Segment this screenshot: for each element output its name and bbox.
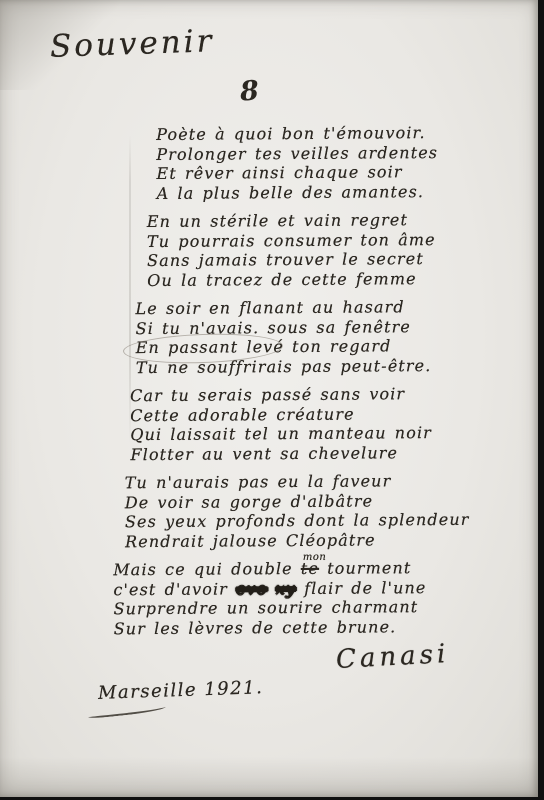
- inserted-word: mon: [303, 548, 327, 568]
- scribbled-out-word: evo: [236, 579, 268, 598]
- stanza: Poète à quoi bon t'émouvoir.Prolonger te…: [156, 123, 495, 203]
- poem-line: Surprendre un sourire charmant: [113, 597, 497, 619]
- poem-line: c'est d'avoir evo xy flair de l'une: [113, 577, 497, 599]
- word: Mais ce qui double: [113, 559, 301, 579]
- poem-line: Sans jamais trouver le secret: [147, 249, 495, 271]
- poem-line: Prolonger tes veilles ardentes: [156, 142, 494, 164]
- poem-line: Qui laissait tel un manteau noir: [130, 423, 496, 445]
- poem-line: Car tu serais passé sans voir: [130, 384, 496, 406]
- poem-line: Poète à quoi bon t'émouvoir.: [156, 123, 494, 145]
- dateline-underline-flourish: [88, 704, 166, 719]
- stanza: Tu n'aurais pas eu la faveurDe voir sa g…: [125, 471, 498, 552]
- struck-word: temon: [301, 559, 319, 578]
- dateline: Marseille 1921.: [98, 677, 264, 704]
- scribbled-out-word: xy: [276, 579, 296, 598]
- word: flair de l'une: [296, 578, 427, 598]
- poem-line: Cette adorable créature: [130, 403, 496, 425]
- word: tourment: [319, 558, 412, 578]
- poem-line: Sur les lèvres de cette brune.: [114, 616, 498, 638]
- manuscript-paper: Souvenir 8 Poète à quoi bon t'émouvoir.P…: [0, 0, 538, 797]
- stanza: En un stérile et vain regretTu pourrais …: [147, 210, 496, 290]
- poem: Poète à quoi bon t'émouvoir.Prolonger te…: [94, 123, 498, 648]
- poem-line: Mais ce qui double temon tourment: [113, 558, 497, 580]
- stanza-number: 8: [239, 75, 260, 107]
- author-signature: Canasi: [335, 639, 450, 675]
- poem-line: De voir sa gorge d'albâtre: [125, 490, 497, 512]
- poem-line: Flotter au vent sa chevelure: [130, 442, 496, 464]
- poem-line: Le soir en flanant au hasard: [135, 297, 495, 319]
- word: c'est d'avoir: [113, 579, 236, 599]
- poem-line: Ou la tracez de cette femme: [147, 268, 495, 290]
- poem-line: Tu pourrais consumer ton âme: [147, 229, 495, 251]
- bottom-shadow: [0, 757, 538, 797]
- poem-line: Tu n'aurais pas eu la faveur: [125, 471, 497, 493]
- poem-line: A la plus belle des amantes.: [157, 181, 495, 203]
- poem-line: En un stérile et vain regret: [147, 210, 495, 232]
- stanza: Car tu serais passé sans voirCette adora…: [130, 384, 497, 465]
- poem-line: Et rêver ainsi chaque soir: [156, 162, 494, 184]
- poem-title: Souvenir: [49, 23, 215, 65]
- stanza: Mais ce qui double temon tourmentc'est d…: [113, 558, 498, 639]
- poem-line: Ses yeux profonds dont la splendeur: [125, 510, 497, 532]
